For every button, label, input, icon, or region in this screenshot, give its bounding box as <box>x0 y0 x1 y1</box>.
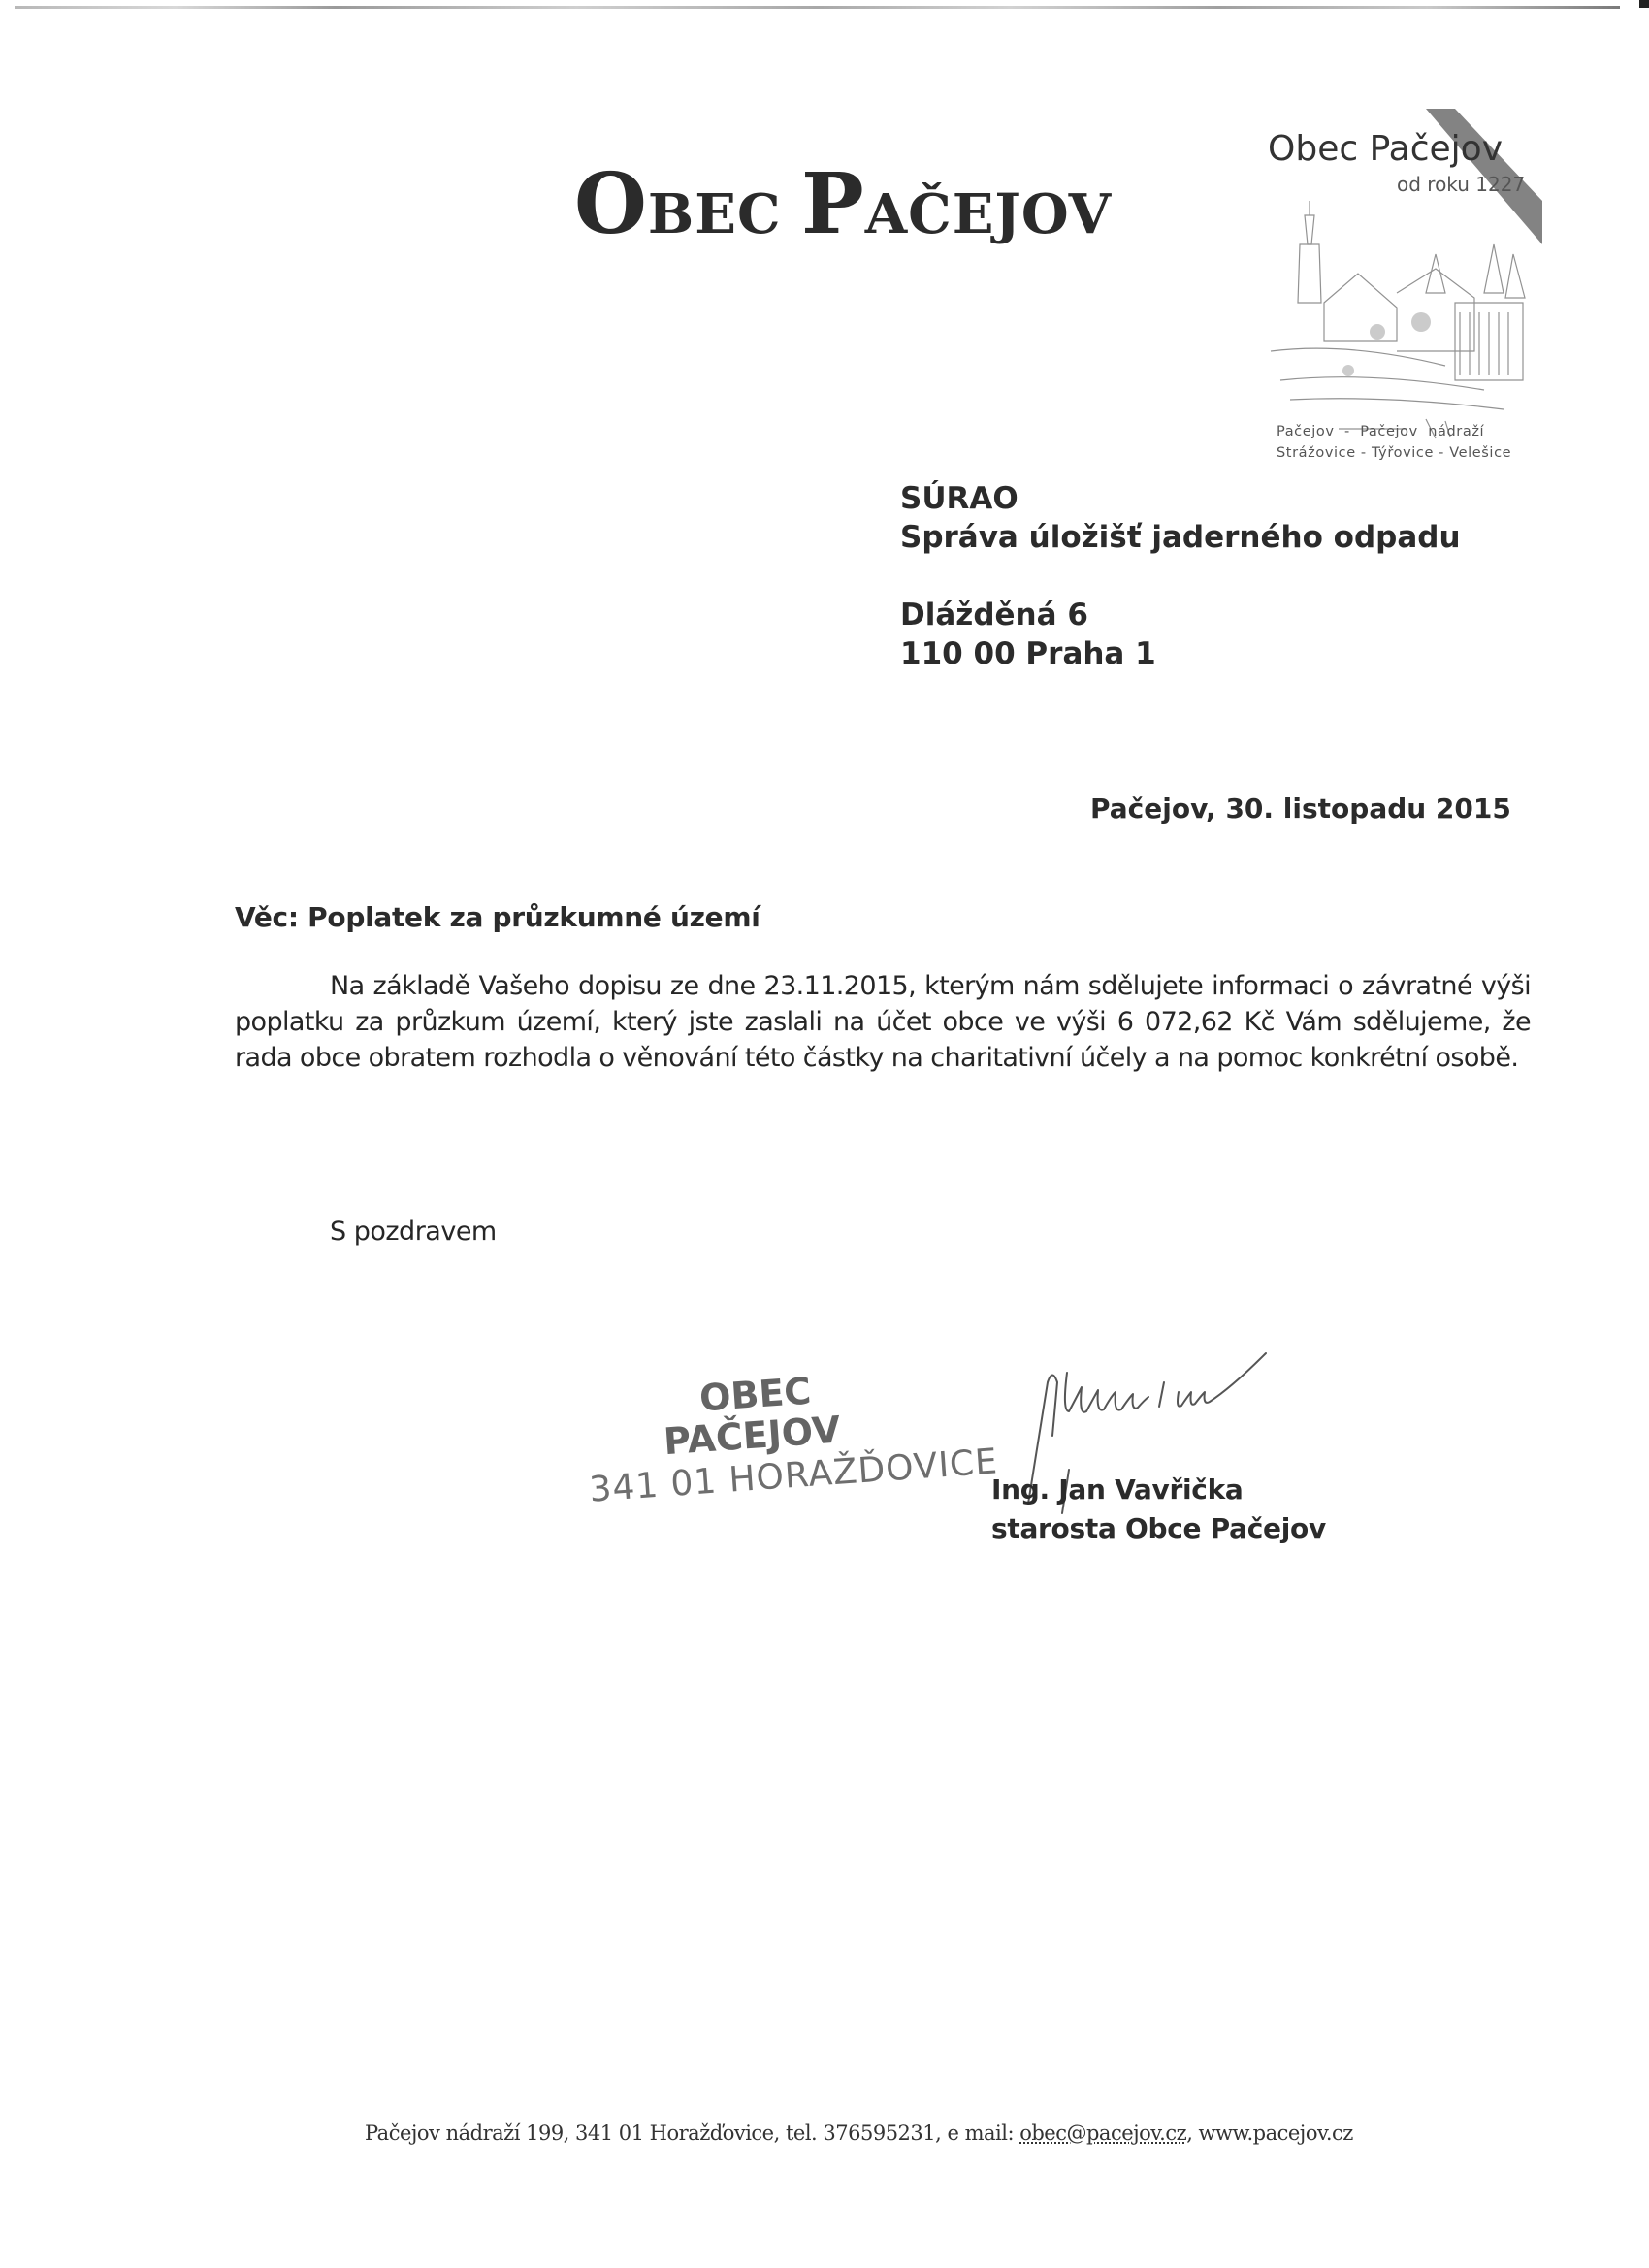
title-initial: O <box>574 155 648 253</box>
subject-line: Věc: Poplatek za průzkumné území <box>235 901 760 933</box>
villages-line: Pačejov - Pačejov nádraží <box>1277 421 1511 442</box>
recipient-org-short: SÚRAO <box>900 479 1461 518</box>
footer-email-link[interactable]: obec@pacejov.cz <box>1019 2122 1186 2145</box>
footer-separator: , <box>1186 2122 1198 2145</box>
logo-villages: Pačejov - Pačejov nádraží Strážovice - T… <box>1277 421 1511 464</box>
recipient-address: SÚRAO Správa úložišť jaderného odpadu Dl… <box>900 479 1461 673</box>
scan-corner-mark <box>1639 0 1649 8</box>
logo-name: Obec Pačejov <box>1268 129 1503 169</box>
footer-address: Pačejov nádraží 199, 341 01 Horažďovice,… <box>365 2122 1019 2145</box>
letterhead-title: OBEC PAČEJOV <box>574 155 1112 253</box>
title-word: BEC <box>648 182 782 246</box>
recipient-org-full: Správa úložišť jaderného odpadu <box>900 518 1461 557</box>
footer-website-link[interactable]: www.pacejov.cz <box>1199 2122 1353 2145</box>
title-word: AČEJOV <box>865 182 1112 246</box>
recipient-city: 110 00 Praha 1 <box>900 634 1461 673</box>
date-line: Pačejov, 30. listopadu 2015 <box>1090 793 1511 825</box>
official-stamp: OBEC PAČEJOV 341 01 HORAŽĎOVICE <box>582 1361 941 1531</box>
letter-body: Na základě Vašeho dopisu ze dne 23.11.20… <box>235 968 1531 1076</box>
title-initial: P <box>801 155 865 253</box>
villages-line: Strážovice - Týřovice - Velešice <box>1277 442 1511 464</box>
signer-name: Ing. Jan Vavřička <box>991 1471 1326 1509</box>
recipient-street: Dlážděná 6 <box>900 596 1461 634</box>
signer-title: starosta Obce Pačejov <box>991 1509 1326 1548</box>
footer-contact: Pačejov nádraží 199, 341 01 Horažďovice,… <box>365 2122 1353 2145</box>
signer-block: Ing. Jan Vavřička starosta Obce Pačejov <box>991 1471 1326 1548</box>
logo-since: od roku 1227 <box>1397 173 1525 196</box>
greeting: S pozdravem <box>330 1216 497 1247</box>
body-paragraph: Na základě Vašeho dopisu ze dne 23.11.20… <box>235 971 1546 1073</box>
scan-edge-line <box>15 6 1620 9</box>
